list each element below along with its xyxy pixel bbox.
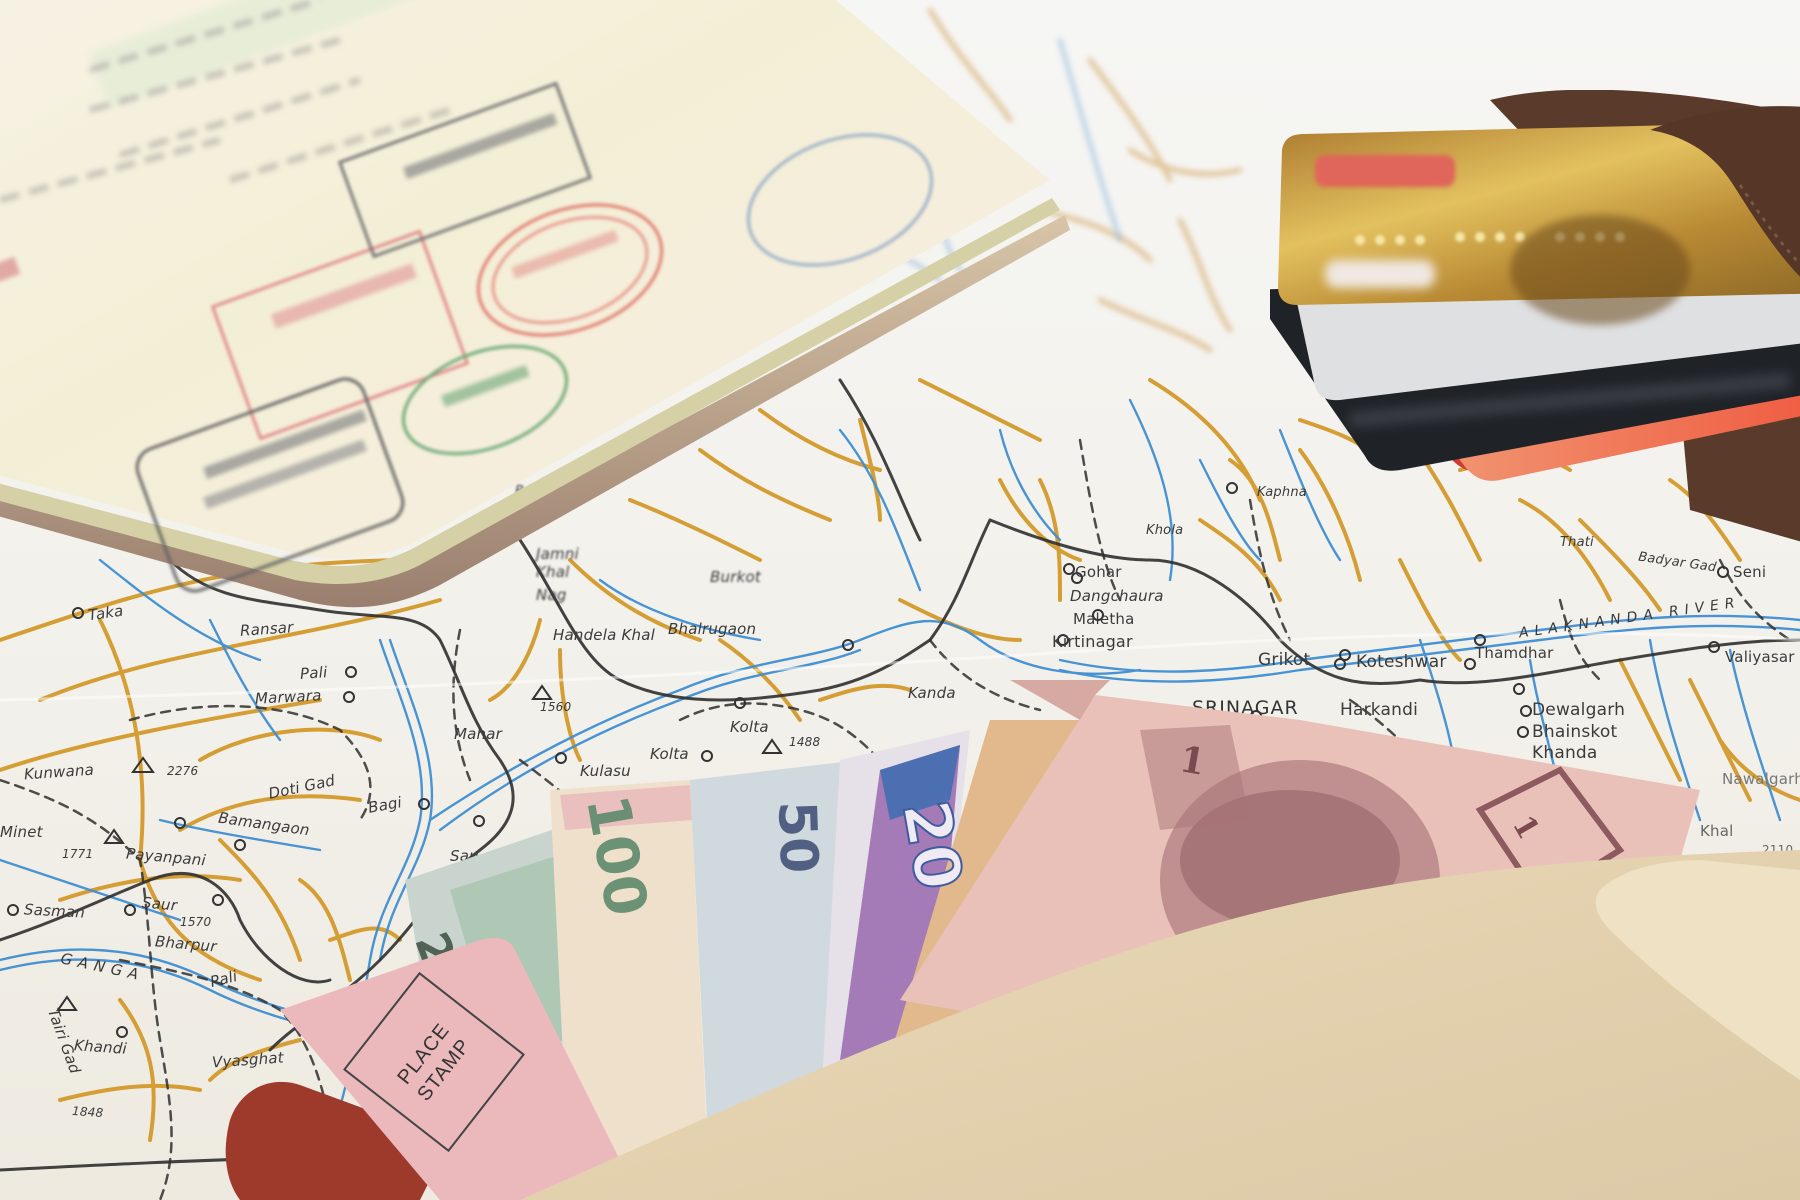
banknote-denomination: 20 (887, 795, 975, 896)
banknotes (0, 0, 1800, 1200)
photo-scene: Taka Ransar Pali Marwara Kunwana 2276 Do… (0, 0, 1800, 1200)
banknote-denomination: 50 (766, 800, 828, 874)
